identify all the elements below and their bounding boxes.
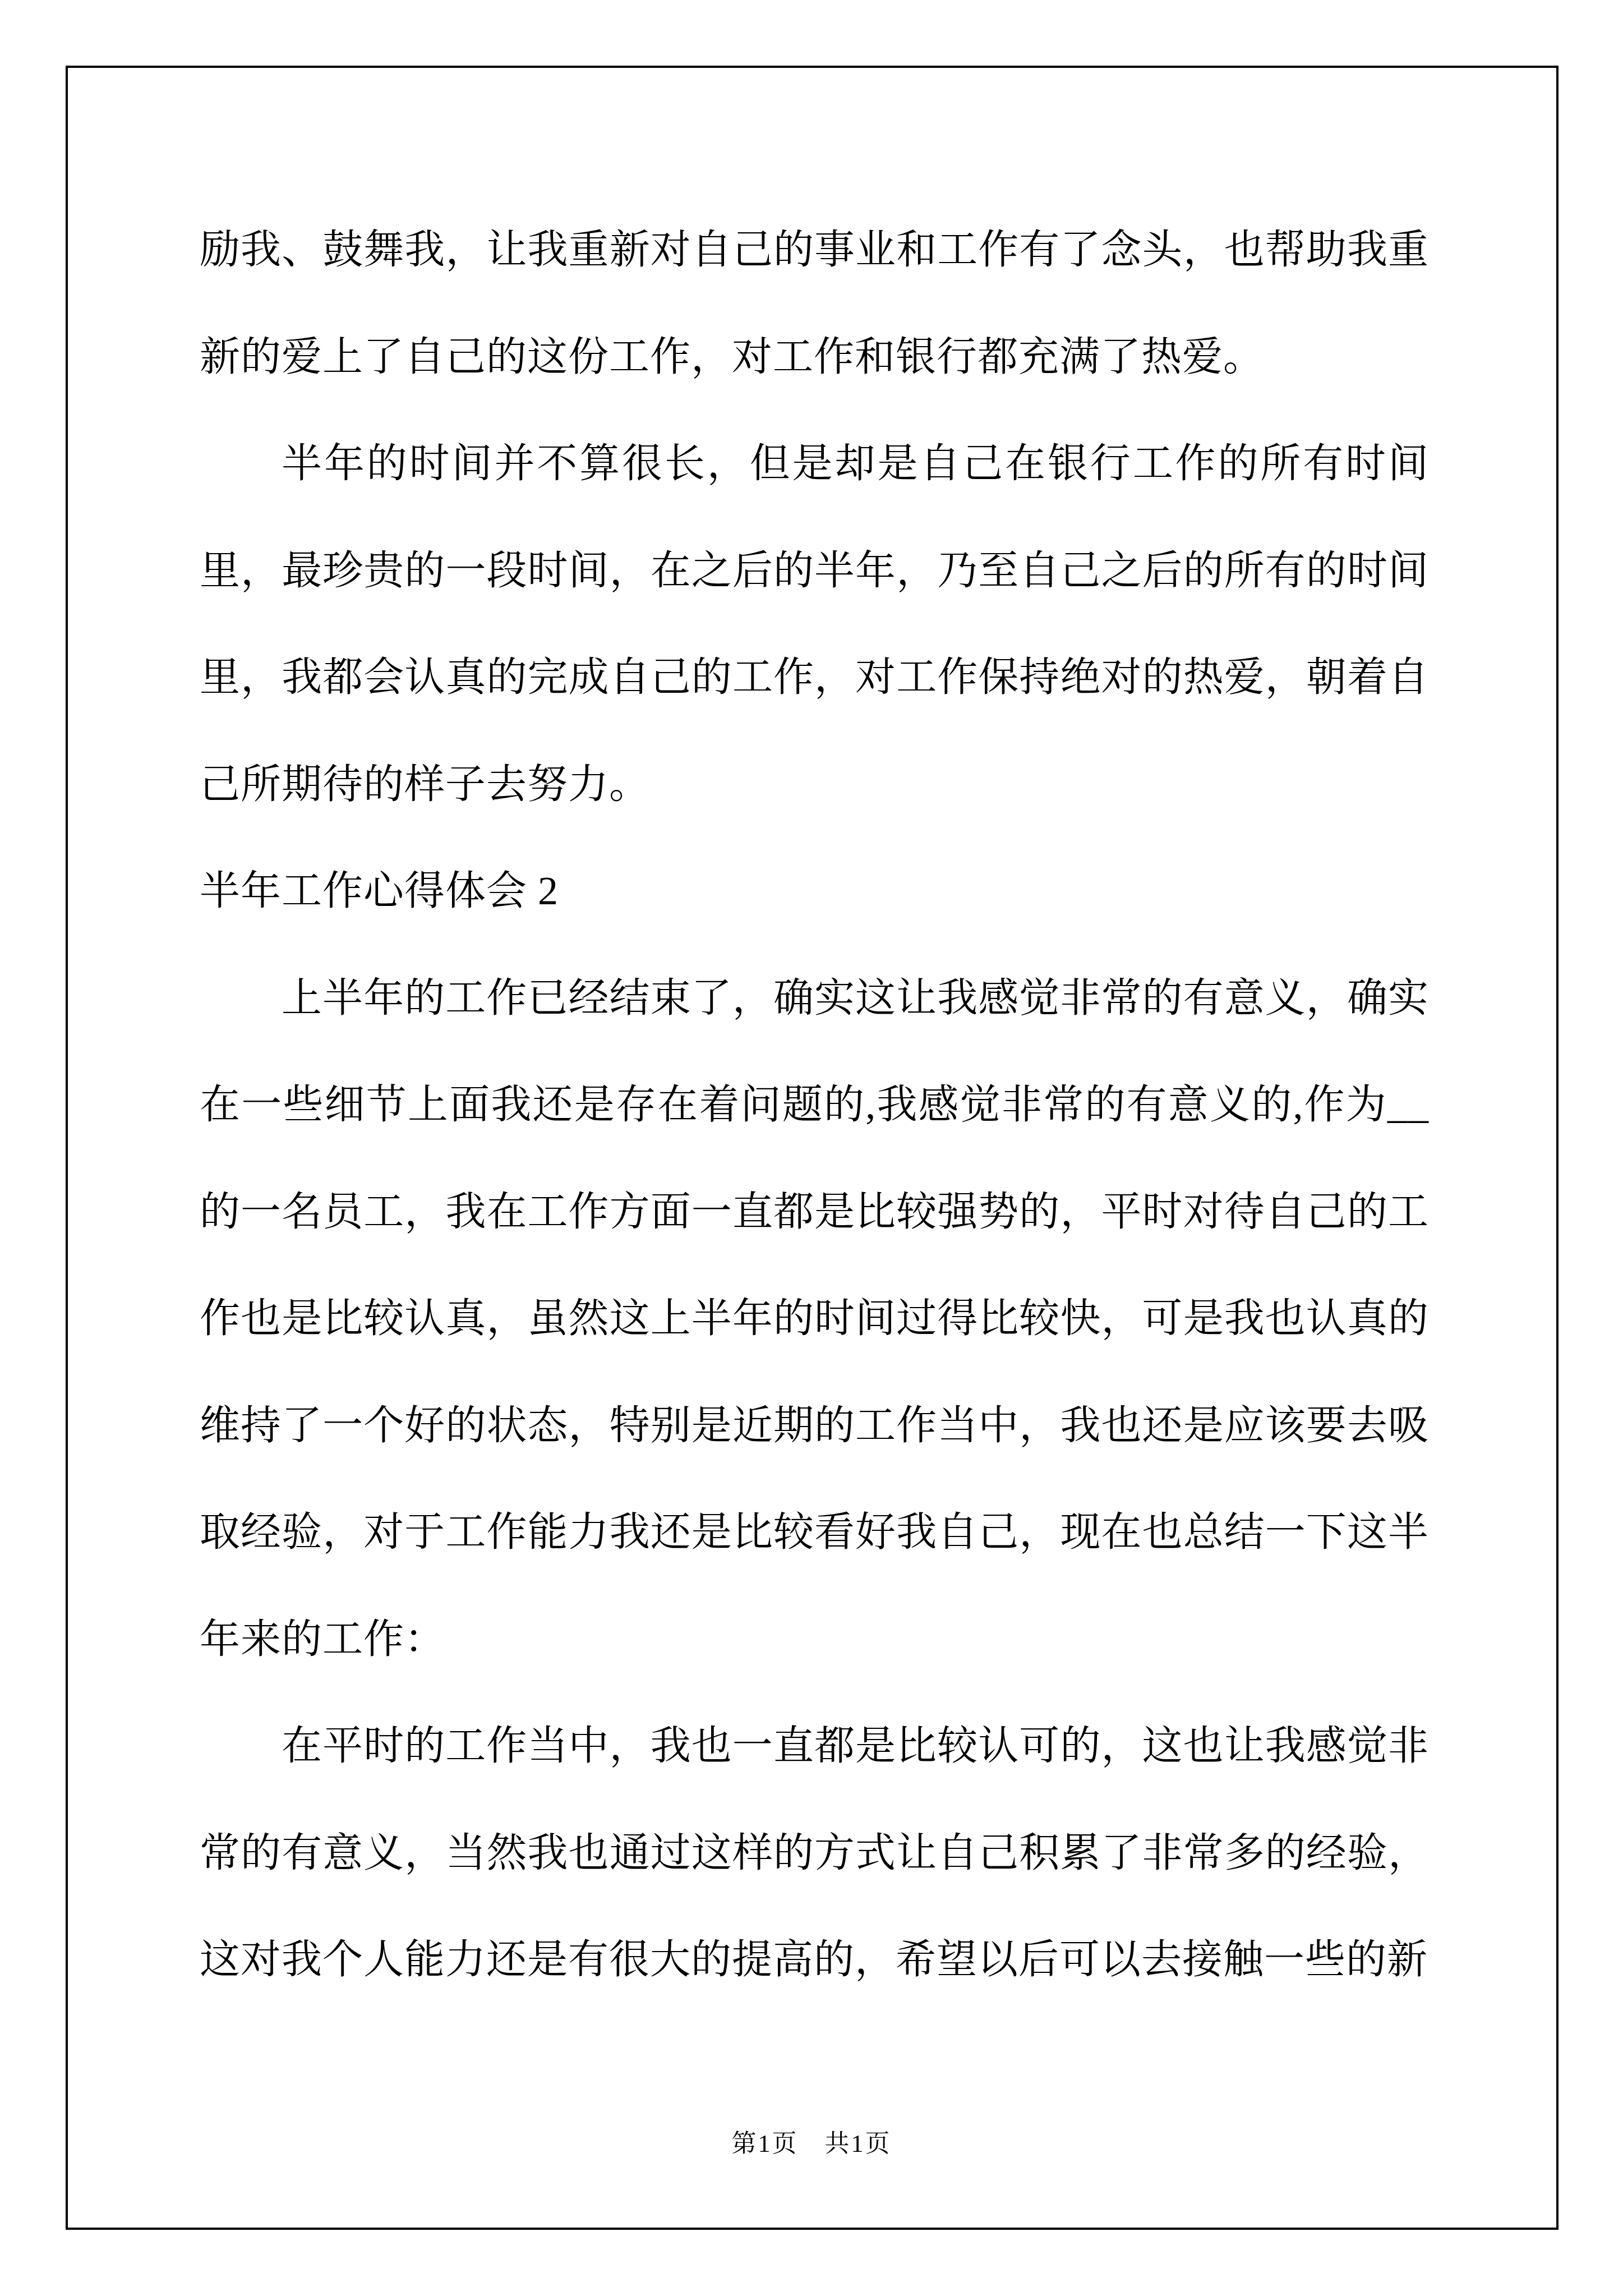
- section-heading: 半年工作心得体会 2: [200, 838, 1429, 945]
- paragraph-continuation: 励我、鼓舞我，让我重新对自己的事业和工作有了念头，也帮助我重新的爱上了自己的这份…: [200, 196, 1429, 410]
- paragraph: 在平时的工作当中，我也一直都是比较认可的，这也让我感觉非常的有意义，当然我也通过…: [200, 1692, 1429, 2013]
- document-body: 励我、鼓舞我，让我重新对自己的事业和工作有了念头，也帮助我重新的爱上了自己的这份…: [200, 196, 1429, 2013]
- paragraph: 上半年的工作已经结束了，确实这让我感觉非常的有意义，确实在一些细节上面我还是存在…: [200, 945, 1429, 1693]
- paragraph: 半年的时间并不算很长，但是却是自己在银行工作的所有时间里，最珍贵的一段时间，在之…: [200, 410, 1429, 838]
- page-footer: 第1页 共1页: [0, 2131, 1623, 2157]
- page-number-label: 第1页 共1页: [732, 2130, 892, 2157]
- document-page: 励我、鼓舞我，让我重新对自己的事业和工作有了念头，也帮助我重新的爱上了自己的这份…: [0, 0, 1623, 2296]
